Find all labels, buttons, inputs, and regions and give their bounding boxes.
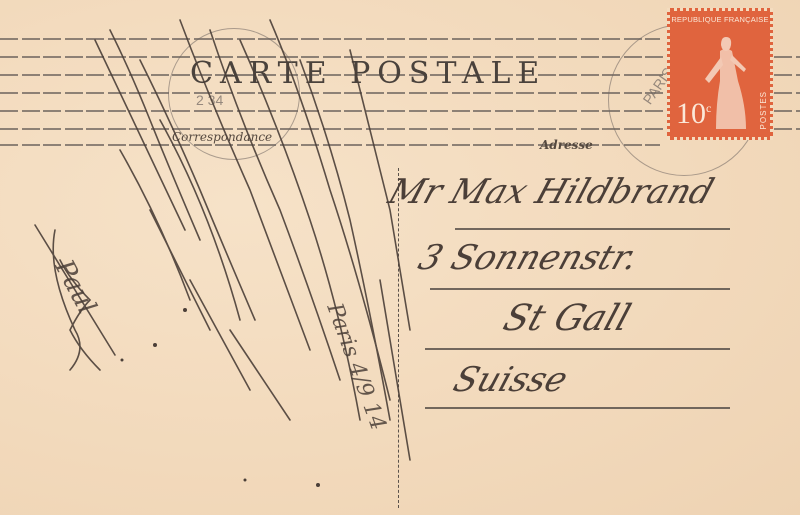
postage-stamp: REPUBLIQUE FRANÇAISE 10c POSTES (667, 8, 773, 140)
address-country: Suisse (449, 360, 573, 400)
address-recipient: Mr Max Hildbrand (384, 172, 719, 212)
address-line-1 (455, 228, 730, 230)
handwritten-message (0, 0, 420, 515)
address-label: Adresse (540, 138, 593, 152)
stamp-value: 10c (676, 97, 711, 131)
postcard: CARTE POSTALE Correspondance Adresse PAR… (0, 0, 800, 515)
address-street: 3 Sonnenstr. (414, 238, 643, 278)
stamp-country: REPUBLIQUE FRANÇAISE (670, 15, 770, 24)
address-line-3 (425, 348, 730, 350)
stamp-side-text: POSTES (759, 91, 768, 129)
address-line-4 (425, 407, 730, 409)
address-line-2 (430, 288, 730, 290)
address-city: St Gall (498, 298, 635, 339)
